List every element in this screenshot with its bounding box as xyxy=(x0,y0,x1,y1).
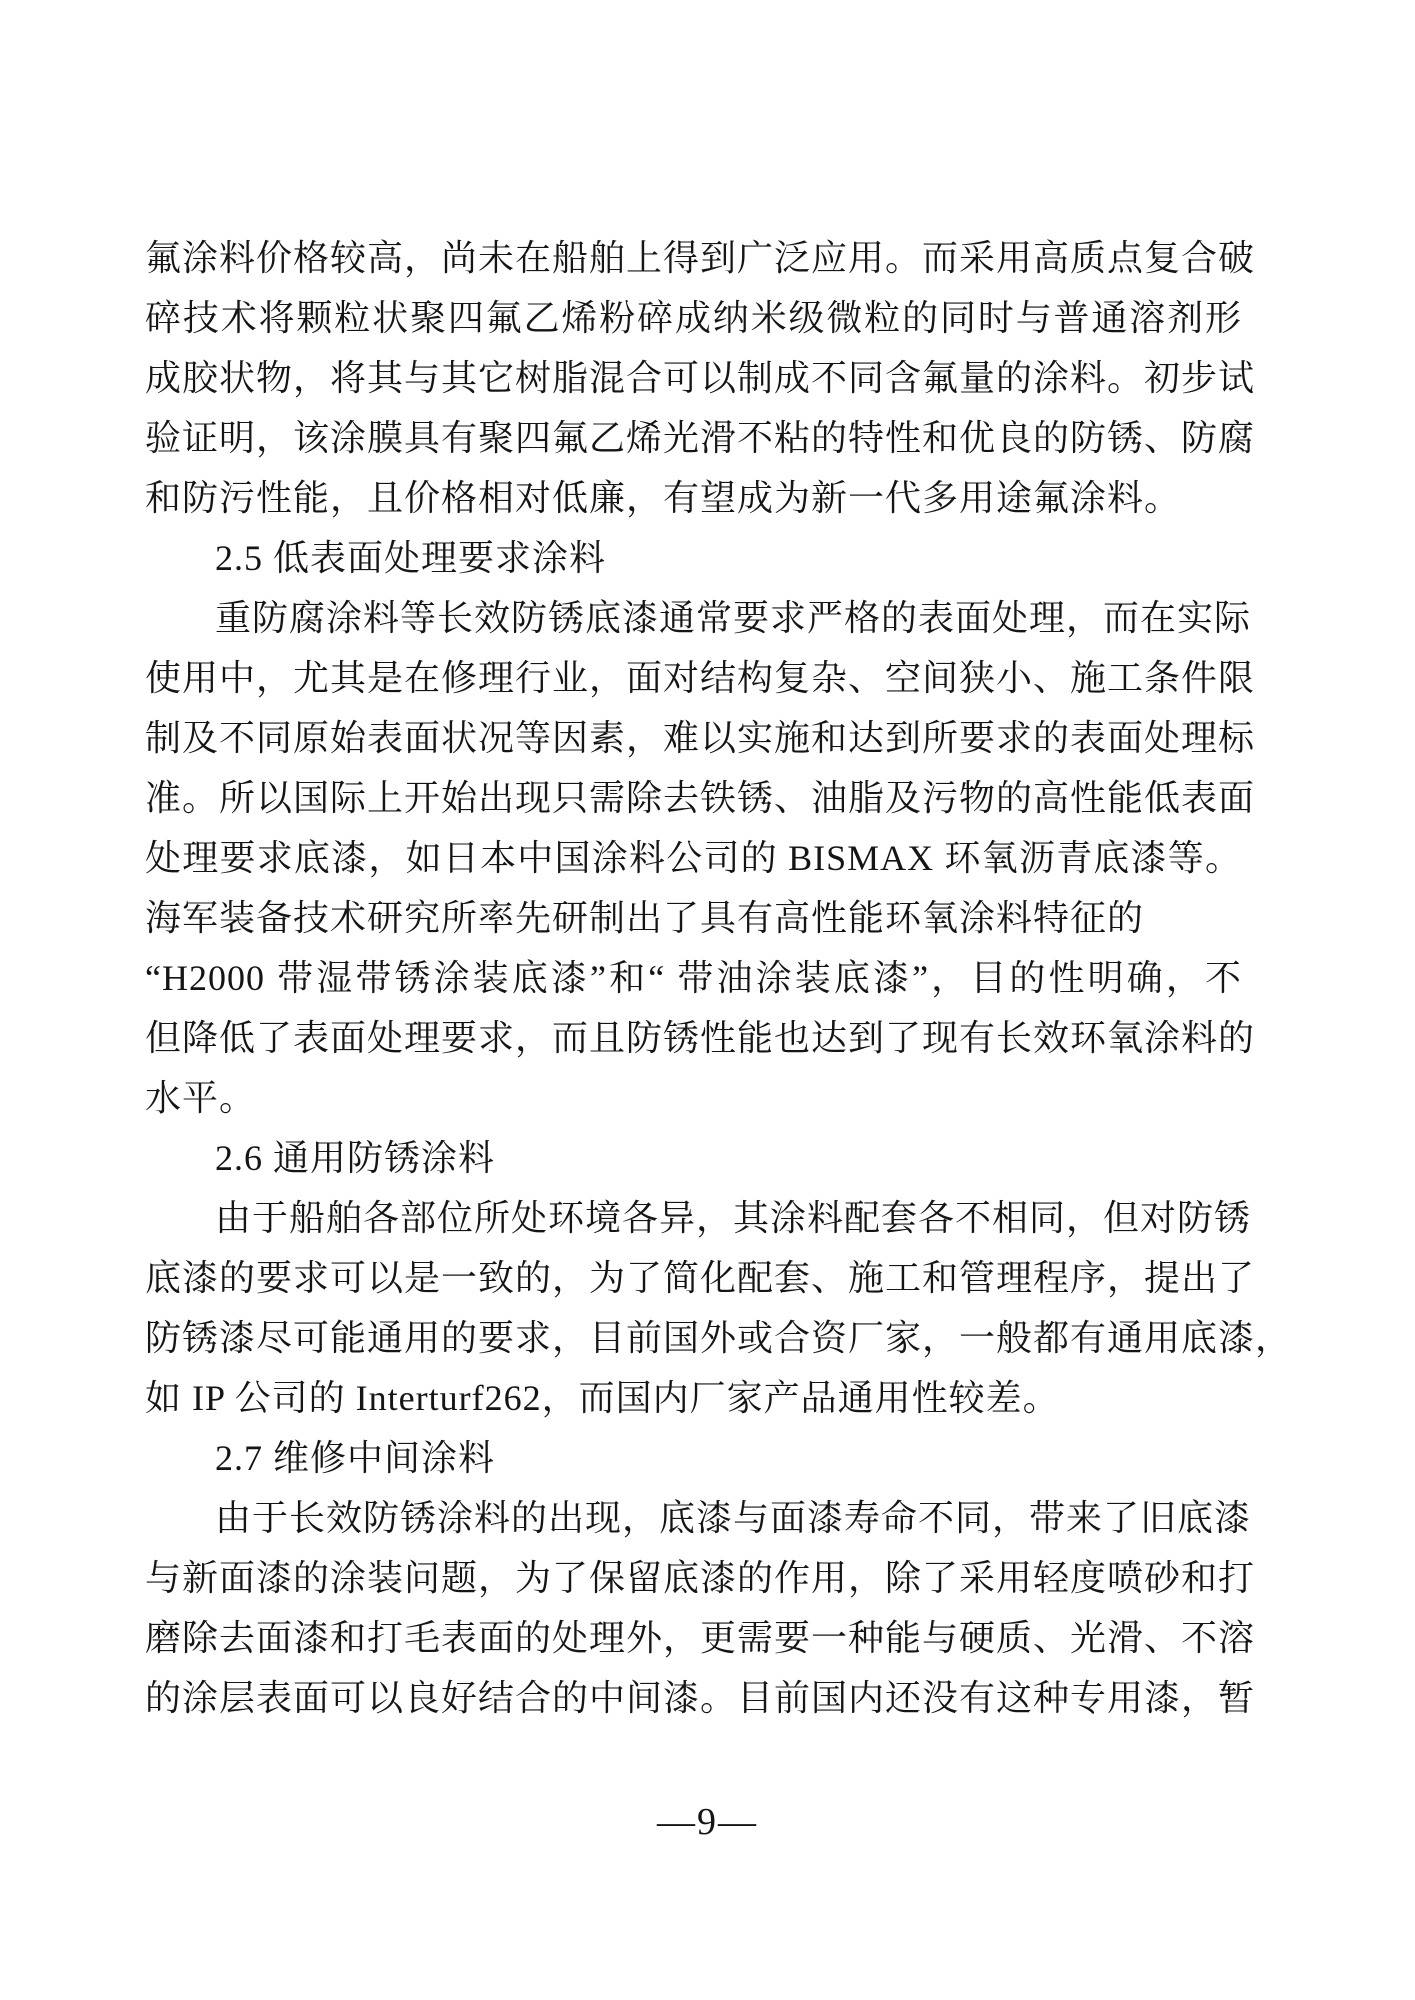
text-line: 和防污性能，且价格相对低廉，有望成为新一代多用途氟涂料。 xyxy=(145,468,1242,528)
text-line: 防锈漆尽可能通用的要求，目前国外或合资厂家，一般都有通用底漆， xyxy=(145,1308,1242,1368)
text-line: 制及不同原始表面状况等因素，难以实施和达到所要求的表面处理标 xyxy=(145,708,1242,768)
text-line: 重防腐涂料等长效防锈底漆通常要求严格的表面处理，而在实际 xyxy=(145,588,1242,648)
text-line: 磨除去面漆和打毛表面的处理外，更需要一种能与硬质、光滑、不溶 xyxy=(145,1608,1242,1668)
text-line: 底漆的要求可以是一致的，为了简化配套、施工和管理程序，提出了 xyxy=(145,1248,1242,1308)
text-line: 碎技术将颗粒状聚四氟乙烯粉碎成纳米级微粒的同时与普通溶剂形 xyxy=(145,288,1242,348)
paragraph-repair-intermediate: 由于长效防锈涂料的出现，底漆与面漆寿命不同，带来了旧底漆 与新面漆的涂装问题，为… xyxy=(145,1488,1242,1728)
text-line: 与新面漆的涂装问题，为了保留底漆的作用，除了采用轻度喷砂和打 xyxy=(145,1548,1242,1608)
page-number: —9— xyxy=(0,1800,1415,1844)
document-page: 氟涂料价格较高，尚未在船舶上得到广泛应用。而采用高质点复合破 碎技术将颗粒状聚四… xyxy=(0,0,1415,2000)
text-line: 使用中，尤其是在修理行业，面对结构复杂、空间狭小、施工条件限 xyxy=(145,648,1242,708)
section-heading-2-7: 2.7 维修中间涂料 xyxy=(145,1428,1242,1488)
text-line: 成胶状物，将其与其它树脂混合可以制成不同含氟量的涂料。初步试 xyxy=(145,348,1242,408)
text-line: 由于船舶各部位所处环境各异，其涂料配套各不相同，但对防锈 xyxy=(145,1188,1242,1248)
text-line: 由于长效防锈涂料的出现，底漆与面漆寿命不同，带来了旧底漆 xyxy=(145,1488,1242,1548)
text-line: 水平。 xyxy=(145,1068,1242,1128)
text-line: 但降低了表面处理要求，而且防锈性能也达到了现有长效环氧涂料的 xyxy=(145,1008,1242,1068)
text-line: 处理要求底漆，如日本中国涂料公司的 BISMAX 环氧沥青底漆等。 xyxy=(145,828,1242,888)
text-line: 海军装备技术研究所率先研制出了具有高性能环氧涂料特征的 xyxy=(145,888,1242,948)
paragraph-fluorine-coatings: 氟涂料价格较高，尚未在船舶上得到广泛应用。而采用高质点复合破 碎技术将颗粒状聚四… xyxy=(145,228,1242,528)
section-heading-2-6: 2.6 通用防锈涂料 xyxy=(145,1128,1242,1188)
section-heading-2-5: 2.5 低表面处理要求涂料 xyxy=(145,528,1242,588)
text-line: 的涂层表面可以良好结合的中间漆。目前国内还没有这种专用漆，暂 xyxy=(145,1668,1242,1728)
paragraph-universal-antirust: 由于船舶各部位所处环境各异，其涂料配套各不相同，但对防锈 底漆的要求可以是一致的… xyxy=(145,1188,1242,1428)
text-line: 氟涂料价格较高，尚未在船舶上得到广泛应用。而采用高质点复合破 xyxy=(145,228,1242,288)
text-line: 准。所以国际上开始出现只需除去铁锈、油脂及污物的高性能低表面 xyxy=(145,768,1242,828)
paragraph-low-surface-prep: 重防腐涂料等长效防锈底漆通常要求严格的表面处理，而在实际 使用中，尤其是在修理行… xyxy=(145,588,1242,1128)
text-line: 如 IP 公司的 Interturf262，而国内厂家产品通用性较差。 xyxy=(145,1368,1242,1428)
text-line: “H2000 带湿带锈涂装底漆”和“ 带油涂装底漆”，目的性明确，不 xyxy=(145,948,1242,1008)
text-line: 验证明，该涂膜具有聚四氟乙烯光滑不粘的特性和优良的防锈、防腐 xyxy=(145,408,1242,468)
body-text: 氟涂料价格较高，尚未在船舶上得到广泛应用。而采用高质点复合破 碎技术将颗粒状聚四… xyxy=(145,228,1242,1728)
